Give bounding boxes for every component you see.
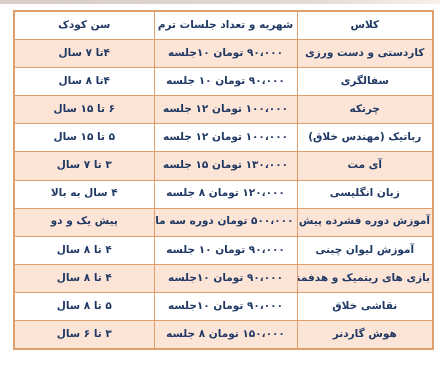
top-edge-strip xyxy=(0,0,440,4)
table-row: سفالگری۹۰،۰۰۰ تومان ۱۰ جلسه۴تا ۸ سال xyxy=(14,68,433,96)
table-body: کاردستی و دست ورزی۹۰،۰۰۰ تومان ۱۰جلسه۴تا… xyxy=(14,40,433,350)
class-cell: آی مت xyxy=(297,152,433,180)
class-cell: کاردستی و دست ورزی xyxy=(297,40,433,68)
table-row: نقاشی خلاق۹۰،۰۰۰ تومان ۱۰جلسه۵ تا ۸ سال xyxy=(14,292,433,320)
class-cell: نقاشی خلاق xyxy=(297,292,433,320)
header-row: کلاس شهریه و تعداد جلسات ترم سن کودک xyxy=(14,11,433,40)
class-cell: آموزش دوره فشرده پیش دبستان xyxy=(297,208,433,236)
age-cell: ۴ تا ۸ سال xyxy=(14,236,154,264)
age-cell: ۵ تا ۸ سال xyxy=(14,292,154,320)
tuition-cell: ۱۳۰،۰۰۰ تومان ۱۵ جلسه xyxy=(154,152,297,180)
class-cell: آموزش لیوان چینی xyxy=(297,236,433,264)
table-row: رباتیک (مهندس خلاق)۱۰۰،۰۰۰ تومان ۱۲ جلسه… xyxy=(14,124,433,152)
class-cell: چرتکه xyxy=(297,96,433,124)
age-cell: پیش یک و دو xyxy=(14,208,154,236)
table-row: کاردستی و دست ورزی۹۰،۰۰۰ تومان ۱۰جلسه۴تا… xyxy=(14,40,433,68)
tuition-cell: ۱۵۰،۰۰۰ تومان ۸ جلسه xyxy=(154,321,297,350)
tuition-cell: ۱۰۰،۰۰۰ تومان ۱۲ جلسه xyxy=(154,124,297,152)
table-row: زبان انگلیسی۱۲۰،۰۰۰ تومان ۸ جلسه۴ سال به… xyxy=(14,180,433,208)
age-cell: ۵ تا ۱۵ سال xyxy=(14,124,154,152)
age-cell: ۳ تا ۷ سال xyxy=(14,152,154,180)
age-cell: ۴ سال به بالا xyxy=(14,180,154,208)
col-header-class: کلاس xyxy=(297,11,433,40)
page: کلاس شهریه و تعداد جلسات ترم سن کودک کار… xyxy=(0,0,440,366)
table-row: هوش گاردنر۱۵۰،۰۰۰ تومان ۸ جلسه۳ تا ۶ سال xyxy=(14,321,433,350)
table-row: چرتکه۱۰۰،۰۰۰ تومان ۱۲ جلسه۶ تا ۱۵ سال xyxy=(14,96,433,124)
age-cell: ۳ تا ۶ سال xyxy=(14,321,154,350)
tuition-cell: ۹۰،۰۰۰ تومان ۱۰ جلسه xyxy=(154,236,297,264)
age-cell: ۴ تا ۸ سال xyxy=(14,264,154,292)
tuition-cell: ۵۰۰،۰۰۰ تومان دوره سه ماهه xyxy=(154,208,297,236)
table-row: بازی های ریتمیک و هدفمند۹۰،۰۰۰ تومان ۱۰ج… xyxy=(14,264,433,292)
col-header-tuition: شهریه و تعداد جلسات ترم xyxy=(154,11,297,40)
class-fee-table: کلاس شهریه و تعداد جلسات ترم سن کودک کار… xyxy=(13,10,434,350)
col-header-age: سن کودک xyxy=(14,11,154,40)
age-cell: ۴تا ۸ سال xyxy=(14,68,154,96)
table-row: آموزش دوره فشرده پیش دبستان۵۰۰،۰۰۰ تومان… xyxy=(14,208,433,236)
tuition-cell: ۱۰۰،۰۰۰ تومان ۱۲ جلسه xyxy=(154,96,297,124)
age-cell: ۴تا ۷ سال xyxy=(14,40,154,68)
table-row: آموزش لیوان چینی۹۰،۰۰۰ تومان ۱۰ جلسه۴ تا… xyxy=(14,236,433,264)
tuition-cell: ۱۲۰،۰۰۰ تومان ۸ جلسه xyxy=(154,180,297,208)
class-cell: زبان انگلیسی xyxy=(297,180,433,208)
table-row: آی مت۱۳۰،۰۰۰ تومان ۱۵ جلسه۳ تا ۷ سال xyxy=(14,152,433,180)
class-cell: سفالگری xyxy=(297,68,433,96)
tuition-cell: ۹۰،۰۰۰ تومان ۱۰ جلسه xyxy=(154,68,297,96)
tuition-cell: ۹۰،۰۰۰ تومان ۱۰جلسه xyxy=(154,40,297,68)
class-cell: بازی های ریتمیک و هدفمند xyxy=(297,264,433,292)
tuition-cell: ۹۰،۰۰۰ تومان ۱۰جلسه xyxy=(154,292,297,320)
class-cell: رباتیک (مهندس خلاق) xyxy=(297,124,433,152)
tuition-cell: ۹۰،۰۰۰ تومان ۱۰جلسه xyxy=(154,264,297,292)
age-cell: ۶ تا ۱۵ سال xyxy=(14,96,154,124)
class-cell: هوش گاردنر xyxy=(297,321,433,350)
